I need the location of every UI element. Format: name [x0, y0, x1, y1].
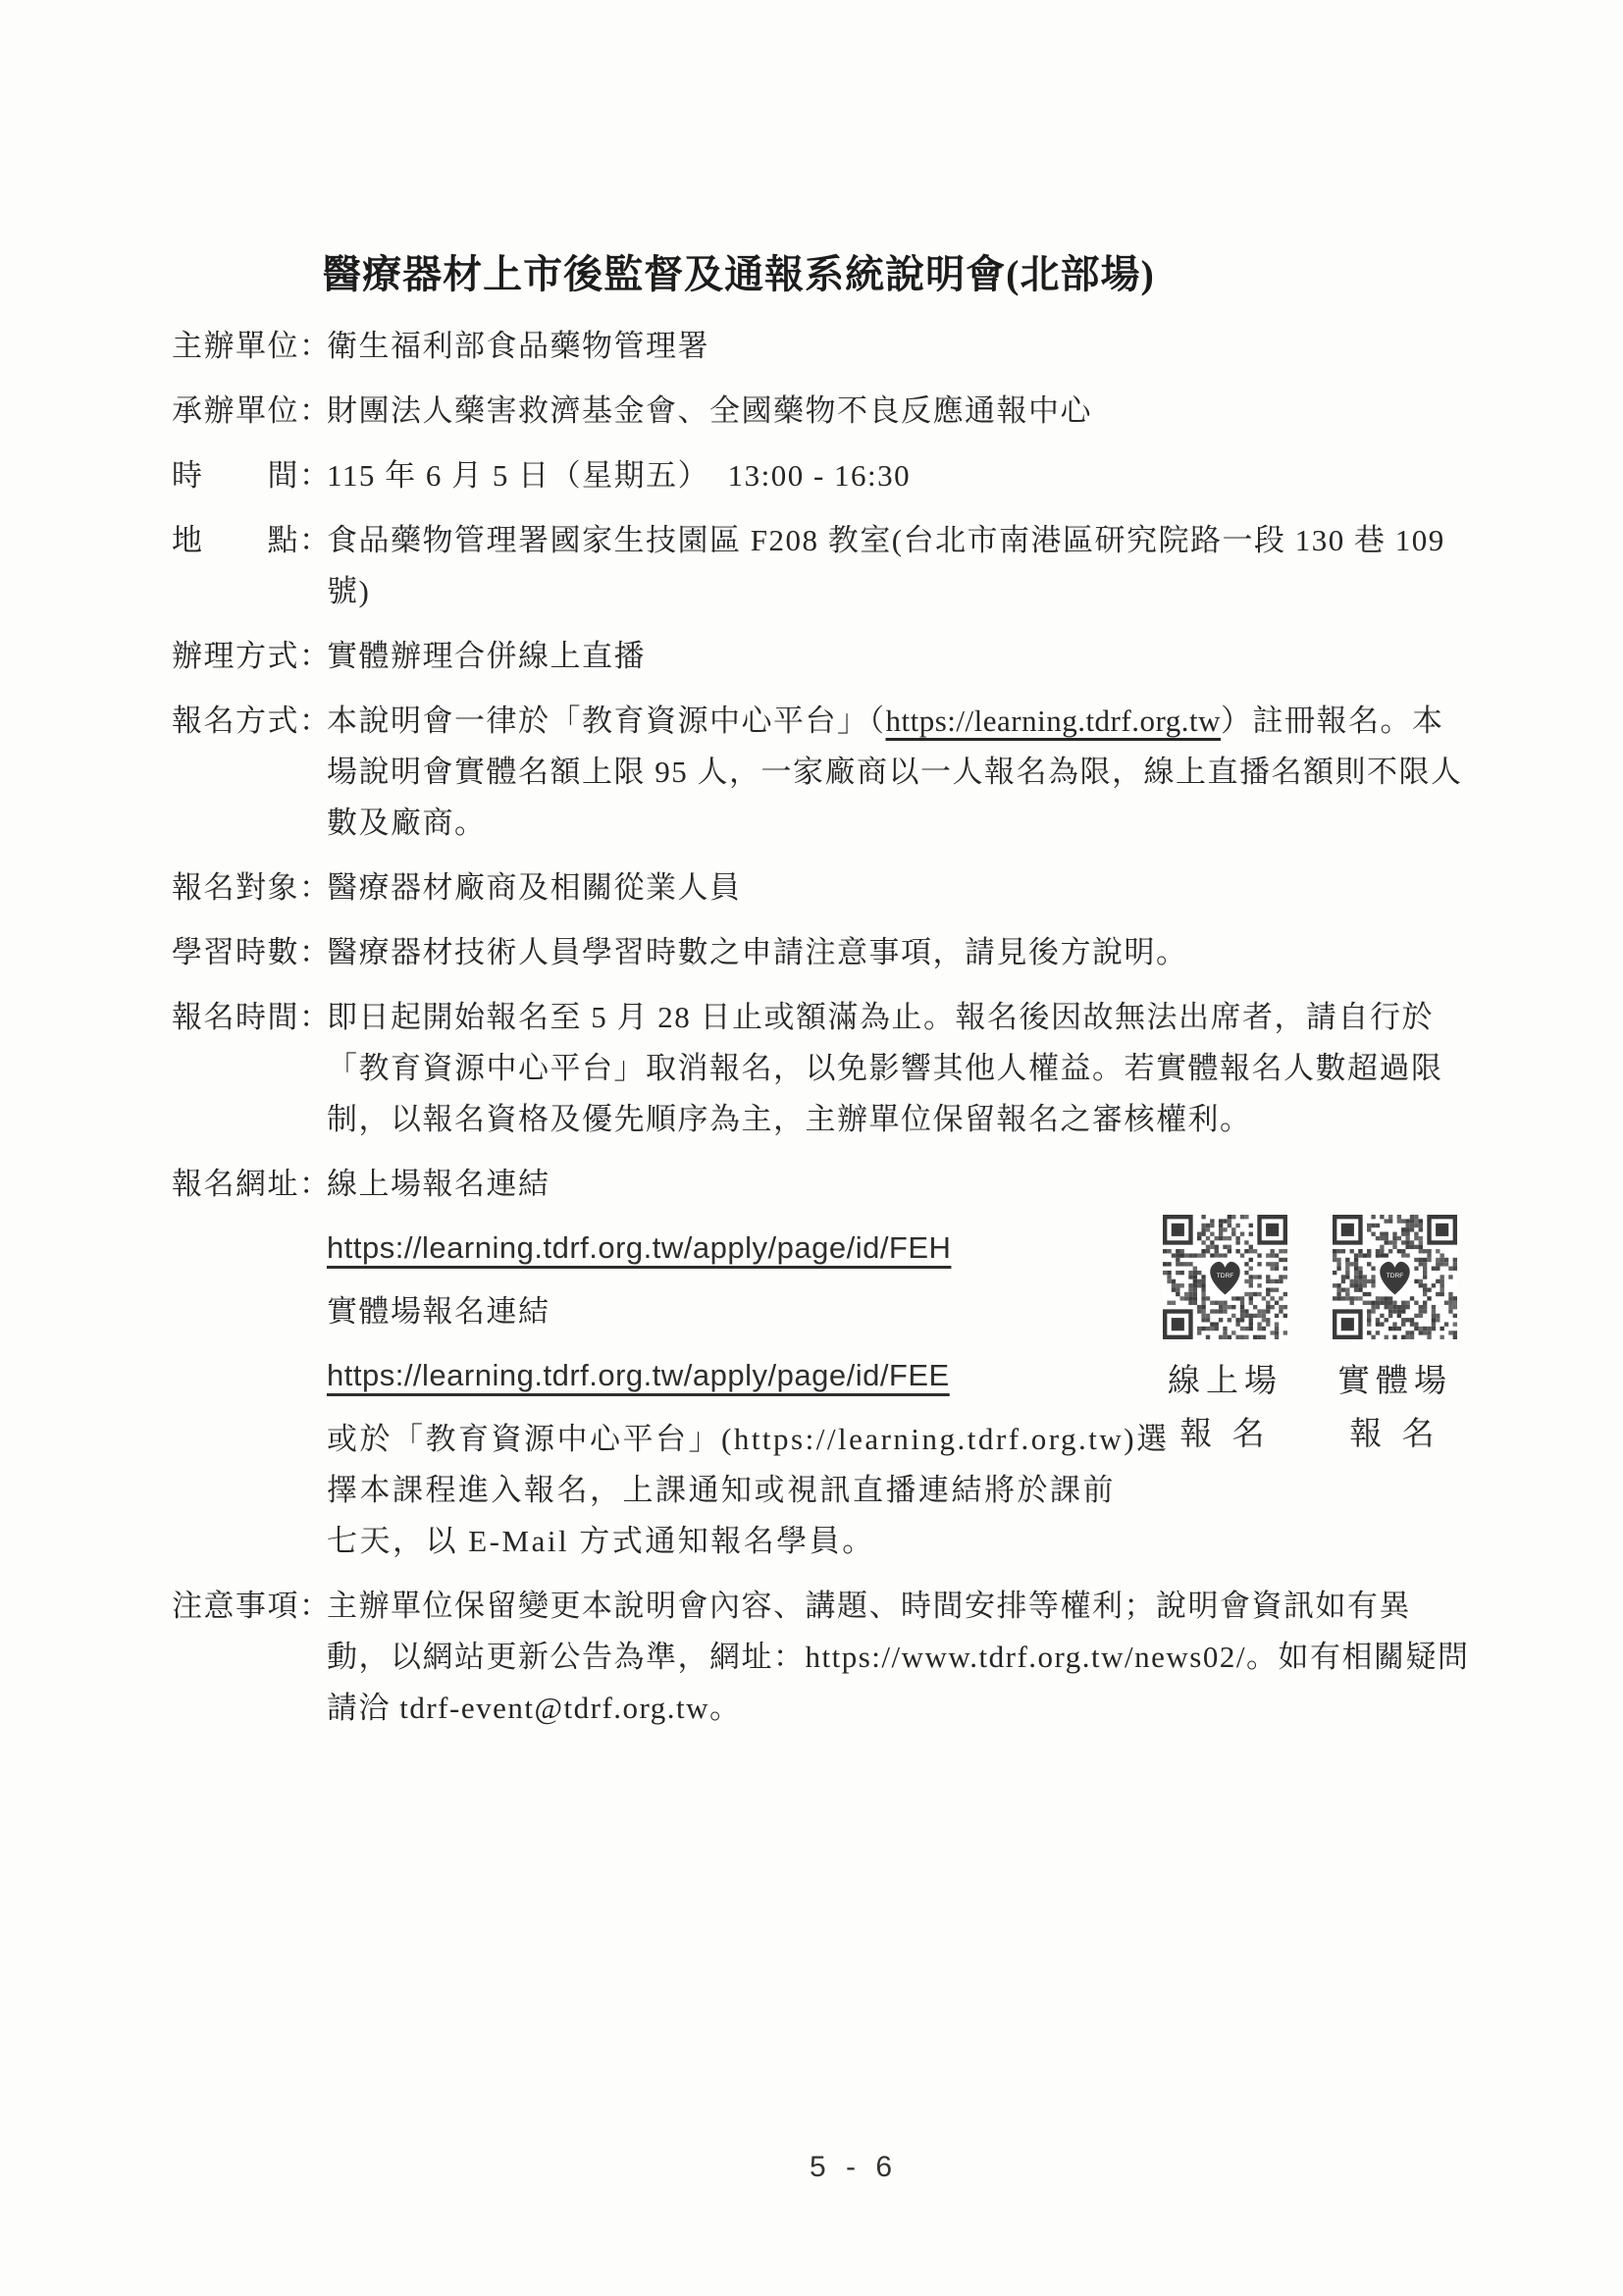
field-value: 制，以報名資格及優先順序為主，主辦單位保留報名之審核權利。	[327, 1094, 1477, 1145]
online-link-title: 線上場報名連結	[327, 1159, 1477, 1210]
field-value: 主辦單位保留變更本說明會內容、講題、時間安排等權利；說明會資訊如有異	[327, 1581, 1477, 1632]
text-after-url: ）註冊報名。本	[1221, 704, 1444, 738]
page-title: 醫療器材上市後監督及通報系統說明會(北部場)	[172, 243, 1305, 299]
svg-text:TDRF: TDRF	[1217, 1273, 1233, 1279]
field-value: 數及廠商。	[327, 798, 1477, 849]
field-value: 實體辦理合併線上直播	[327, 631, 1477, 682]
field-row-location: 地 點： 食品藥物管理署國家生技園區 F208 教室(台北市南港區研究院路一段 …	[172, 515, 1477, 617]
document-page: 醫療器材上市後監督及通報系統說明會(北部場) 主辦單位： 衛生福利部食品藥物管理…	[0, 0, 1623, 2296]
qr-code-onsite-icon: TDRF	[1333, 1215, 1457, 1339]
field-label: 承辦單位：	[172, 386, 327, 437]
field-label: 報名時間：	[172, 992, 327, 1145]
qr-onsite-label: 實體場 報 名	[1337, 1355, 1452, 1461]
field-row-credit-hours: 學習時數： 醫療器材技術人員學習時數之申請注意事項，請見後方說明。	[172, 927, 1477, 978]
text-before-url: 本說明會一律於「教育資源中心平台」（	[327, 704, 886, 738]
field-label: 學習時數：	[172, 927, 327, 978]
qr-online-label: 線上場 報 名	[1168, 1355, 1283, 1461]
field-value: 115 年 6 月 5 日（星期五） 13:00 - 16:30	[327, 450, 1477, 501]
field-value: 「教育資源中心平台」取消報名，以免影響其他人權益。若實體報名人數超過限	[327, 1043, 1477, 1094]
field-row-registration-method: 報名方式： 本說明會一律於「教育資源中心平台」（https://learning…	[172, 696, 1477, 849]
field-label: 地 點：	[172, 515, 327, 617]
field-value: 醫療器材廠商及相關從業人員	[327, 862, 1477, 913]
field-row-registration-period: 報名時間： 即日起開始報名至 5 月 28 日止或額滿為止。報名後因故無法出席者…	[172, 992, 1477, 1145]
qr-code-online-icon: TDRF	[1163, 1215, 1287, 1339]
field-label: 報名網址：	[172, 1159, 327, 1567]
qr-online-column: TDRF 線上場 報 名	[1163, 1215, 1287, 1461]
field-row-co-organizer: 承辦單位： 財團法人藥害救濟基金會、全國藥物不良反應通報中心	[172, 386, 1477, 437]
page-number: 5 - 6	[775, 2151, 932, 2184]
field-value: 本說明會一律於「教育資源中心平台」（https://learning.tdrf.…	[327, 696, 1477, 747]
field-label: 時 間：	[172, 450, 327, 501]
field-value: 醫療器材技術人員學習時數之申請注意事項，請見後方說明。	[327, 927, 1477, 978]
field-row-organizer: 主辦單位： 衛生福利部食品藥物管理署	[172, 321, 1477, 372]
field-label: 主辦單位：	[172, 321, 327, 372]
svg-text:TDRF: TDRF	[1387, 1273, 1403, 1279]
field-value: 衛生福利部食品藥物管理署	[327, 321, 1477, 372]
field-value: 動，以網站更新公告為準，網址：https://www.tdrf.org.tw/n…	[327, 1632, 1477, 1683]
field-value: 場說明會實體名額上限 95 人，一家廠商以一人報名為限，線上直播名額則不限人	[327, 747, 1477, 798]
field-value: 即日起開始報名至 5 月 28 日止或額滿為止。報名後因故無法出席者，請自行於	[327, 992, 1477, 1043]
field-value: 財團法人藥害救濟基金會、全國藥物不良反應通報中心	[327, 386, 1477, 437]
field-row-time: 時 間： 115 年 6 月 5 日（星期五） 13:00 - 16:30	[172, 450, 1477, 501]
field-row-format: 辦理方式： 實體辦理合併線上直播	[172, 631, 1477, 682]
field-value: 號)	[327, 566, 1477, 617]
field-label: 辦理方式：	[172, 631, 327, 682]
field-row-notes: 注意事項： 主辦單位保留變更本說明會內容、講題、時間安排等權利；說明會資訊如有異…	[172, 1581, 1477, 1734]
field-label: 報名方式：	[172, 696, 327, 849]
qr-code-area: TDRF 線上場 報 名 TDRF 實體場 報 名	[1163, 1215, 1457, 1461]
qr-onsite-column: TDRF 實體場 報 名	[1333, 1215, 1457, 1461]
field-value: 請洽 tdrf-event@tdrf.org.tw。	[327, 1683, 1477, 1734]
field-value: 食品藥物管理署國家生技園區 F208 教室(台北市南港區研究院路一段 130 巷…	[327, 515, 1477, 566]
platform-url-link[interactable]: https://learning.tdrf.org.tw	[886, 704, 1221, 738]
field-label: 注意事項：	[172, 1581, 327, 1734]
document-body: 主辦單位： 衛生福利部食品藥物管理署 承辦單位： 財團法人藥害救濟基金會、全國藥…	[172, 321, 1477, 1748]
field-label: 報名對象：	[172, 862, 327, 913]
field-row-audience: 報名對象： 醫療器材廠商及相關從業人員	[172, 862, 1477, 913]
